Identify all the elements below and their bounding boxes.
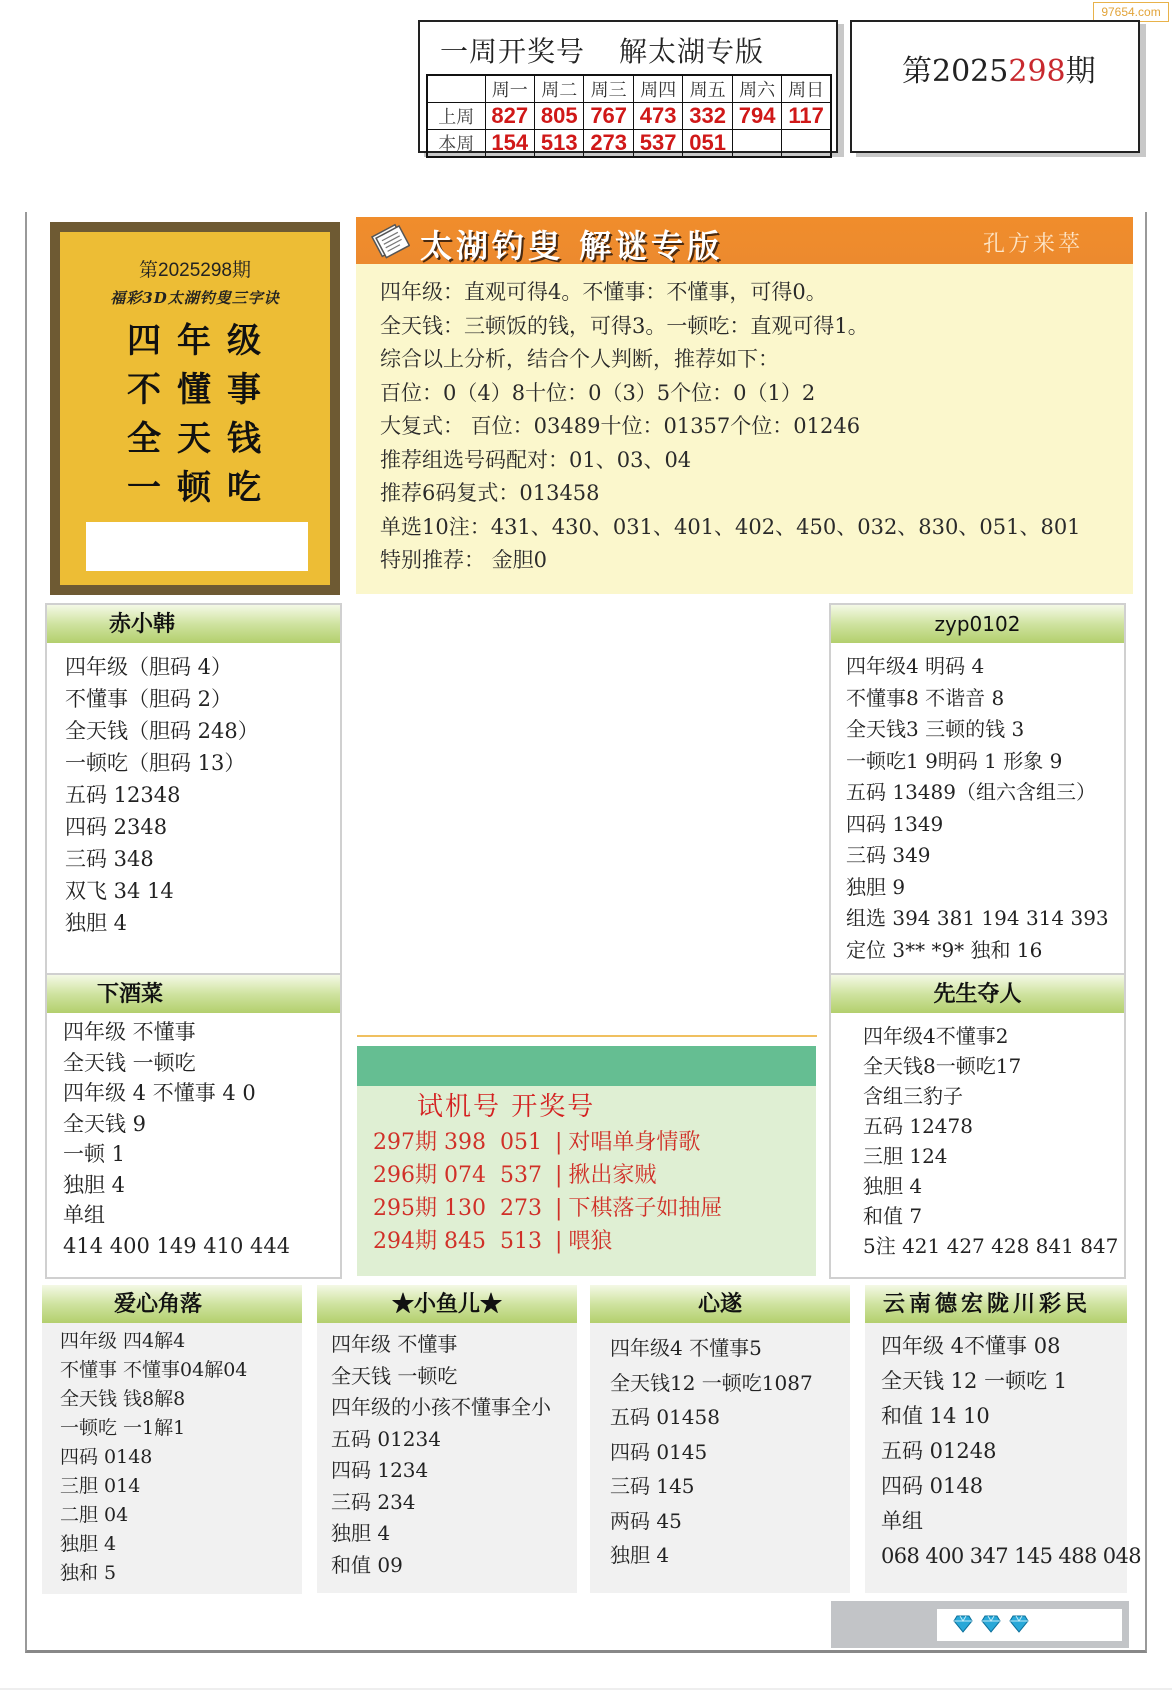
list-item: 四年级4 不懂事5 (610, 1331, 832, 1366)
issue-suffix: 期 (1066, 54, 1096, 89)
list-item: 068 400 347 145 488 048 (881, 1539, 1109, 1574)
trial-header-bar (357, 1046, 816, 1086)
panel-title: 赤小韩 (47, 605, 340, 643)
separator: | (555, 1196, 562, 1221)
list-item: 两码 45 (610, 1504, 832, 1539)
panel-body: 四年级 不懂事 全天钱 一顿吃 四年级的小孩不懂事全小 五码 01234 四码 … (317, 1323, 577, 1587)
analysis-line: 百位：0（4）8十位：0（3）5个位：0（1）2 (380, 377, 1109, 411)
list-item: 不懂事8 不谐音 8 (846, 683, 1106, 715)
list-item: 和值 7 (863, 1201, 1106, 1231)
analysis-line: 全天钱：三顿饭的钱，可得3。一顿吃：直观可得1。 (380, 310, 1109, 344)
row-label: 上周 (427, 103, 485, 130)
panel-title: 先生夺人 (831, 975, 1124, 1013)
list-item: 独胆 4 (610, 1538, 832, 1573)
list-item: 三胆 124 (863, 1141, 1106, 1171)
draw-number (782, 130, 831, 158)
panel-body: 四年级 4不懂事 08 全天钱 12 一顿吃 1 和值 14 10 五码 012… (865, 1323, 1127, 1580)
list-item: 不懂事 不懂事04解04 (60, 1356, 284, 1385)
poster-panel: 第2025298期 福彩3D太湖钓叟三字诀 四年级 不懂事 全天钱 一顿吃 (50, 222, 340, 595)
poster-blank-box (86, 522, 308, 571)
trial-number: 130 (444, 1196, 486, 1221)
list-item: 含组三豹子 (863, 1081, 1106, 1111)
list-item: 四年级4不懂事2 (863, 1021, 1106, 1051)
panel-xiajiucai: 下酒菜 四年级 不懂事 全天钱 一顿吃 四年级 4 不懂事 4 0 全天钱 9 … (45, 975, 342, 1279)
list-item: 独胆 4 (60, 1530, 284, 1559)
panel-title: ★小鱼儿★ (317, 1285, 577, 1323)
weekly-title-right: 解太湖专版 (619, 35, 764, 68)
panel-xianshengduoren: 先生夺人 四年级4不懂事2 全天钱8一顿吃17 含组三豹子 五码 12478 三… (829, 975, 1126, 1279)
trial-hint: 喂狼 (568, 1229, 612, 1254)
list-item: 二胆 04 (60, 1501, 284, 1530)
list-item: 双飞 34 14 (65, 875, 322, 907)
list-item: 全天钱（胆码 248） (65, 715, 322, 747)
list-item: 单组 (63, 1200, 322, 1231)
riddle-line: 全天钱 (60, 415, 330, 464)
list-item: 组选 394 381 194 314 393 (846, 903, 1106, 935)
day-header: 周三 (584, 75, 633, 103)
draw-number: 473 (633, 103, 682, 130)
list-item: 一顿吃 一1解1 (60, 1414, 284, 1443)
trial-box: 试机号 开奖号 297期 398 051 |对唱单身情歌 296期 074 53… (357, 1086, 816, 1276)
trial-issue: 295期 (373, 1196, 437, 1221)
trial-number: 398 (444, 1130, 486, 1155)
panel-zyp0102: zyp0102 四年级4 明码 4 不懂事8 不谐音 8 全天钱3 三顿的钱 3… (829, 603, 1126, 975)
list-item: 四码 2348 (65, 811, 322, 843)
draw-number: 794 (732, 103, 781, 130)
analysis-line: 综合以上分析，结合个人判断，推荐如下： (380, 343, 1109, 377)
draw-number: 273 (500, 1196, 542, 1221)
diamond-icon (1009, 1615, 1029, 1633)
list-item: 独胆 4 (331, 1518, 559, 1550)
draw-number (732, 130, 781, 158)
analysis-line: 四年级：直观可得4。不懂事：不懂事，可得0。 (380, 276, 1109, 310)
draw-number: 117 (782, 103, 831, 130)
list-item: 和值 14 10 (881, 1399, 1109, 1434)
list-item: 全天钱3 三顿的钱 3 (846, 714, 1106, 746)
separator: | (555, 1130, 562, 1155)
panel-aixinjiaoluo: 爱心角落 四年级 四4解4 不懂事 不懂事04解04 全天钱 钱8解8 一顿吃 … (42, 1285, 302, 1593)
diamond-icon (981, 1615, 1001, 1633)
list-item: 定位 3** *9* 独和 16 (846, 935, 1106, 967)
list-item: 独和 5 (60, 1559, 284, 1588)
list-item: 四年级（胆码 4） (65, 651, 322, 683)
panel-body: 四年级4 不懂事5 全天钱12 一顿吃1087 五码 01458 四码 0145… (590, 1323, 850, 1579)
draw-number: 154 (485, 130, 534, 158)
poster-issue: 第2025298期 (60, 255, 330, 282)
panel-xiaoyuer: ★小鱼儿★ 四年级 不懂事 全天钱 一顿吃 四年级的小孩不懂事全小 五码 012… (317, 1285, 577, 1593)
list-item: 四年级 四4解4 (60, 1327, 284, 1356)
list-item: 独胆 9 (846, 872, 1106, 904)
list-item: 一顿吃（胆码 13） (65, 747, 322, 779)
poster-riddle: 四年级 不懂事 全天钱 一顿吃 (60, 317, 330, 513)
analysis-line: 推荐组选号码配对：01、03、04 (380, 444, 1109, 478)
draw-number: 051 (500, 1130, 542, 1155)
list-item: 三码 348 (65, 843, 322, 875)
rating-box (831, 1601, 1129, 1648)
list-item: 四码 0148 (60, 1443, 284, 1472)
draw-number: 332 (683, 103, 732, 130)
list-item: 四年级 不懂事 (63, 1017, 322, 1048)
list-item: 三码 349 (846, 840, 1106, 872)
rating-inner (937, 1609, 1122, 1641)
panel-body: 四年级（胆码 4） 不懂事（胆码 2） 全天钱（胆码 248） 一顿吃（胆码 1… (47, 643, 340, 945)
poster-subtitle: 福彩3D太湖钓叟三字诀 (60, 287, 330, 308)
draw-number: 273 (584, 130, 633, 158)
trial-row: 294期 845 513 |喂狼 (373, 1225, 816, 1258)
list-item: 四码 0145 (610, 1435, 832, 1470)
issue-highlight: 298 (1008, 54, 1065, 89)
list-item: 单组 (881, 1504, 1109, 1539)
panel-title: 心遂 (590, 1285, 850, 1323)
list-item: 不懂事（胆码 2） (65, 683, 322, 715)
panel-yunnan: 云南德宏陇川彩民 四年级 4不懂事 08 全天钱 12 一顿吃 1 和值 14 … (865, 1285, 1127, 1593)
analysis-line: 单选10注：431、430、031、401、402、450、032、830、05… (380, 511, 1109, 545)
list-item: 三码 145 (610, 1469, 832, 1504)
trial-row: 295期 130 273 |下棋落子如抽屉 (373, 1192, 816, 1225)
separator: | (555, 1229, 562, 1254)
trial-hint: 下棋落子如抽屉 (568, 1196, 722, 1221)
panel-body: 四年级 不懂事 全天钱 一顿吃 四年级 4 不懂事 4 0 全天钱 9 一顿 1… (47, 1013, 340, 1267)
trial-title: 试机号 开奖号 (373, 1088, 816, 1126)
day-header: 周一 (485, 75, 534, 103)
list-item: 一顿吃1 9明码 1 形象 9 (846, 746, 1106, 778)
riddle-line: 四年级 (60, 317, 330, 366)
panel-title: zyp0102 (831, 605, 1124, 643)
draw-number: 805 (534, 103, 583, 130)
panel-title: 爱心角落 (42, 1285, 302, 1323)
trial-row: 297期 398 051 |对唱单身情歌 (373, 1126, 816, 1159)
list-item: 四年级的小孩不懂事全小 (331, 1392, 559, 1424)
list-item: 全天钱 一顿吃 (331, 1361, 559, 1393)
draw-number: 513 (534, 130, 583, 158)
issue-box: 第2025298期 (850, 20, 1140, 153)
weekly-title-left: 一周开奖号 (440, 35, 585, 68)
day-header: 周六 (732, 75, 781, 103)
list-item: 一顿 1 (63, 1139, 322, 1170)
trial-number: 845 (444, 1229, 486, 1254)
list-item: 和值 09 (331, 1550, 559, 1582)
analysis-line: 推荐6码复式：013458 (380, 477, 1109, 511)
list-item: 全天钱 9 (63, 1109, 322, 1140)
list-item: 四码 0148 (881, 1469, 1109, 1504)
list-item: 独胆 4 (65, 907, 322, 939)
watermark: 97654.com (1093, 2, 1169, 22)
list-item: 五码 12478 (863, 1111, 1106, 1141)
list-item: 全天钱 钱8解8 (60, 1385, 284, 1414)
issue-prefix: 第2025 (902, 54, 1008, 89)
analysis-body: 四年级：直观可得4。不懂事：不懂事，可得0。 全天钱：三顿饭的钱，可得3。一顿吃… (356, 264, 1133, 594)
corner-cell (427, 75, 485, 103)
riddle-line: 不懂事 (60, 366, 330, 415)
draw-number: 051 (683, 130, 732, 158)
list-item: 414 400 149 410 444 (63, 1231, 322, 1262)
list-item: 五码 01234 (331, 1424, 559, 1456)
panel-title: 云南德宏陇川彩民 (865, 1285, 1127, 1323)
divider (0, 1688, 1172, 1690)
analysis-line: 大复式： 百位：03489十位：01357个位：01246 (380, 410, 1109, 444)
weekly-table: 周一 周二 周三 周四 周五 周六 周日 上周 827 805 767 473 … (426, 74, 832, 158)
list-item: 四年级 4 不懂事 4 0 (63, 1078, 322, 1109)
analysis-author: 孔方来萃 (983, 227, 1083, 258)
list-item: 独胆 4 (863, 1171, 1106, 1201)
list-item: 五码 13489（组六含组三） (846, 777, 1106, 809)
trial-issue: 294期 (373, 1229, 437, 1254)
panel-body: 四年级 四4解4 不懂事 不懂事04解04 全天钱 钱8解8 一顿吃 一1解1 … (42, 1323, 302, 1594)
divider (357, 1035, 817, 1037)
analysis-line: 特别推荐： 金胆0 (380, 544, 1109, 578)
day-header: 周二 (534, 75, 583, 103)
table-row: 本周 154 513 273 537 051 (427, 130, 831, 158)
riddle-line: 一顿吃 (60, 464, 330, 513)
trial-issue: 296期 (373, 1163, 437, 1188)
panel-title: 下酒菜 (47, 975, 340, 1013)
panel-chixiaohan: 赤小韩 四年级（胆码 4） 不懂事（胆码 2） 全天钱（胆码 248） 一顿吃（… (45, 603, 342, 975)
analysis-title: 太湖钓叟 解谜专版 (420, 221, 723, 267)
table-row: 上周 827 805 767 473 332 794 117 (427, 103, 831, 130)
list-item: 四年级 不懂事 (331, 1329, 559, 1361)
draw-number: 513 (500, 1229, 542, 1254)
panel-xinsui: 心遂 四年级4 不懂事5 全天钱12 一顿吃1087 五码 01458 四码 0… (590, 1285, 850, 1593)
draw-number: 827 (485, 103, 534, 130)
list-item: 四年级4 明码 4 (846, 651, 1106, 683)
panel-body: 四年级4不懂事2 全天钱8一顿吃17 含组三豹子 五码 12478 三胆 124… (831, 1013, 1124, 1267)
list-item: 四码 1234 (331, 1455, 559, 1487)
document-icon (370, 223, 410, 259)
list-item: 全天钱 12 一顿吃 1 (881, 1364, 1109, 1399)
trial-number: 074 (444, 1163, 486, 1188)
list-item: 三胆 014 (60, 1472, 284, 1501)
panel-body: 四年级4 明码 4 不懂事8 不谐音 8 全天钱3 三顿的钱 3 一顿吃1 9明… (831, 643, 1124, 972)
list-item: 四年级 4不懂事 08 (881, 1329, 1109, 1364)
trial-row: 296期 074 537 |揪出家贼 (373, 1159, 816, 1192)
row-label: 本周 (427, 130, 485, 158)
list-item: 全天钱8一顿吃17 (863, 1051, 1106, 1081)
trial-hint: 揪出家贼 (568, 1163, 656, 1188)
trial-hint: 对唱单身情歌 (568, 1130, 700, 1155)
issue-number: 第2025298期 (902, 46, 1096, 90)
list-item: 五码 12348 (65, 779, 322, 811)
draw-number: 537 (500, 1163, 542, 1188)
list-item: 全天钱12 一顿吃1087 (610, 1366, 832, 1401)
day-header: 周日 (782, 75, 831, 103)
list-item: 5注 421 427 428 841 847 (863, 1231, 1106, 1261)
list-item: 五码 01248 (881, 1434, 1109, 1469)
list-item: 五码 01458 (610, 1400, 832, 1435)
draw-number: 767 (584, 103, 633, 130)
weekly-title: 一周开奖号解太湖专版 (440, 30, 764, 70)
list-item: 独胆 4 (63, 1170, 322, 1201)
weekly-header-row: 周一 周二 周三 周四 周五 周六 周日 (427, 75, 831, 103)
list-item: 全天钱 一顿吃 (63, 1048, 322, 1079)
list-item: 三码 234 (331, 1487, 559, 1519)
day-header: 周五 (683, 75, 732, 103)
diamond-icon (953, 1615, 973, 1633)
poster-inner: 第2025298期 福彩3D太湖钓叟三字诀 四年级 不懂事 全天钱 一顿吃 (60, 232, 330, 585)
list-item: 四码 1349 (846, 809, 1106, 841)
separator: | (555, 1163, 562, 1188)
day-header: 周四 (633, 75, 682, 103)
weekly-draw-box: 一周开奖号解太湖专版 周一 周二 周三 周四 周五 周六 周日 上周 827 8… (418, 20, 838, 153)
draw-number: 537 (633, 130, 682, 158)
analysis-header: 太湖钓叟 解谜专版 孔方来萃 (356, 217, 1133, 264)
trial-issue: 297期 (373, 1130, 437, 1155)
